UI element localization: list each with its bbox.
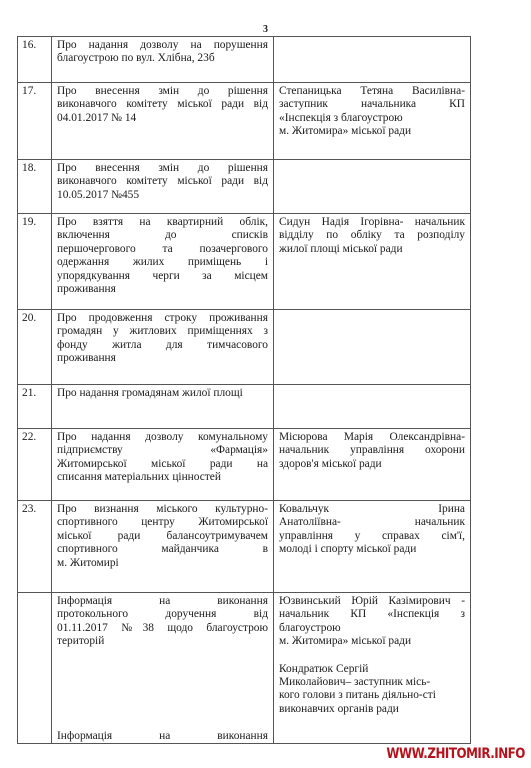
- item-number: 23.: [18, 501, 52, 593]
- item-number: 18.: [18, 160, 52, 214]
- item-number: 17.: [18, 83, 52, 160]
- item-subject: Про надання дозволу комунальномупідприєм…: [52, 429, 274, 501]
- agenda-row: 19.Про взяття на квартирний облік,включе…: [18, 214, 471, 310]
- item-subject: Про внесення змін до рішеннявиконавчого …: [52, 83, 274, 160]
- agenda-row: 21.Про надання громадянам жилої площі: [18, 385, 471, 429]
- item-responsible: Сидун Надія Ігорівна- начальниквідділу п…: [274, 214, 471, 310]
- item-subject-continued: Інформація на виконання: [57, 730, 268, 743]
- item-subject: Інформація на виконанняпротокольного дор…: [52, 593, 274, 744]
- item-subject: Про визнання міського культурно-спортивн…: [52, 501, 274, 593]
- agenda-row: Інформація на виконанняпротокольного дор…: [18, 593, 471, 744]
- item-subject: Про взяття на квартирний облік,включення…: [52, 214, 274, 310]
- item-responsible: [274, 385, 471, 429]
- item-subject: Про надання дозволу на порушенняблагоуст…: [52, 37, 274, 83]
- item-responsible: Ковальчук ІринаАнатоліївна- начальникупр…: [274, 501, 471, 593]
- item-responsible: [274, 37, 471, 83]
- item-responsible: [274, 310, 471, 385]
- page-number: 3: [0, 24, 531, 35]
- item-number: 20.: [18, 310, 52, 385]
- item-number: 21.: [18, 385, 52, 429]
- site-watermark: WWW.ZHITOMIR.INFO: [386, 746, 525, 762]
- agenda-row: 23.Про визнання міського культурно-спорт…: [18, 501, 471, 593]
- item-responsible: Місюрова Марія Олександрівна-начальник у…: [274, 429, 471, 501]
- item-number: 19.: [18, 214, 52, 310]
- agenda-table: 16.Про надання дозволу на порушенняблаго…: [17, 36, 471, 744]
- agenda-row: 16.Про надання дозволу на порушенняблаго…: [18, 37, 471, 83]
- item-number: 22.: [18, 429, 52, 501]
- item-responsible: Степаницька Тетяна Василівна-заступник н…: [274, 83, 471, 160]
- agenda-row: 22.Про надання дозволу комунальномупідпр…: [18, 429, 471, 501]
- agenda-row: 17.Про внесення змін до рішеннявиконавчо…: [18, 83, 471, 160]
- item-subject: Про внесення змін до рішеннявиконавчого …: [52, 160, 274, 214]
- item-responsible: Юзвинський Юрій Казімирович -начальник К…: [274, 593, 471, 744]
- agenda-row: 20.Про продовження строку проживаннягром…: [18, 310, 471, 385]
- item-responsible: [274, 160, 471, 214]
- item-subject: Про продовження строку проживаннягромадя…: [52, 310, 274, 385]
- item-number: 16.: [18, 37, 52, 83]
- item-subject: Про надання громадянам жилої площі: [52, 385, 274, 429]
- agenda-row: 18.Про внесення змін до рішеннявиконавчо…: [18, 160, 471, 214]
- item-number: [18, 593, 52, 744]
